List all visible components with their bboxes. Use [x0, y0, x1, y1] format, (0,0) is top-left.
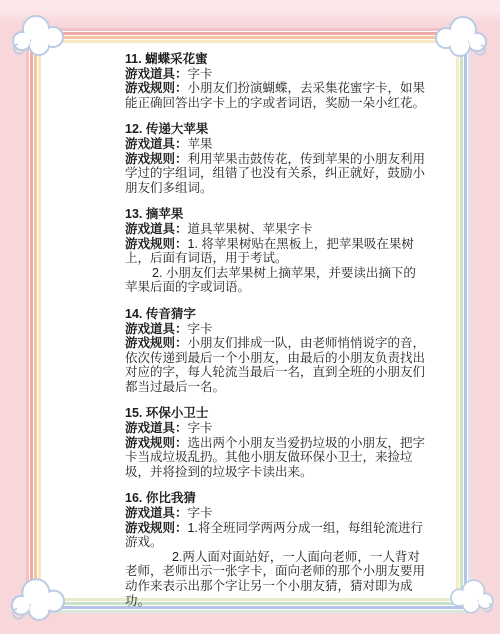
rules-label: 游戏规则：	[125, 336, 188, 350]
props-label: 游戏道具：	[125, 222, 188, 236]
game-props: 游戏道具：字卡	[125, 322, 426, 337]
cloud-icon	[446, 575, 496, 617]
game-props: 游戏道具：苹果	[125, 137, 426, 152]
game-section-14: 14. 传音猜字 游戏道具：字卡 游戏规则：小朋友们排成一队，由老师悄悄说字的音…	[125, 307, 426, 395]
props-label: 游戏道具：	[125, 506, 188, 520]
rainbow-border-left	[26, 28, 41, 598]
game-section-11: 11. 蝴蝶采花蜜 游戏道具：字卡 游戏规则：小朋友们扮演蝴蝶，去采集花蜜字卡，…	[125, 52, 426, 110]
game-rules-step-2: 2. 小朋友们去苹果树上摘苹果，并要读出摘下的苹果后面的字或词语。	[125, 266, 426, 295]
props-value: 字卡	[188, 67, 213, 81]
game-rules-step-2: 2.两人面对面站好，一人面向老师，一人背对老师，老师出示一张字卡，面向老师的那个…	[125, 550, 426, 608]
props-value: 字卡	[188, 421, 213, 435]
game-title: 14. 传音猜字	[125, 307, 426, 322]
game-title: 13. 摘苹果	[125, 207, 426, 222]
game-rules: 游戏规则：1. 将苹果树贴在黑板上，把苹果吸在果树上，后面有词语，用于考试。	[125, 237, 426, 266]
props-value: 道具苹果树、苹果字卡	[188, 222, 313, 236]
game-rules: 游戏规则：小朋友们排成一队，由老师悄悄说字的音，依次传递到最后一个小朋友，由最后…	[125, 336, 426, 394]
rules-label: 游戏规则：	[125, 521, 188, 535]
game-section-13: 13. 摘苹果 游戏道具：道具苹果树、苹果字卡 游戏规则：1. 将苹果树贴在黑板…	[125, 207, 426, 295]
content-panel: 11. 蝴蝶采花蜜 游戏道具：字卡 游戏规则：小朋友们扮演蝴蝶，去采集花蜜字卡，…	[41, 43, 456, 598]
game-title: 15. 环保小卫士	[125, 406, 426, 421]
game-rules: 游戏规则：利用苹果击鼓传花，传到苹果的小朋友利用学过的字组词，组错了也没有关系，…	[125, 152, 426, 196]
rules-label: 游戏规则：	[125, 81, 188, 95]
game-rules: 游戏规则：选出两个小朋友当爱扔垃圾的小朋友，把字卡当成垃圾乱扔。其他小朋友做环保…	[125, 436, 426, 480]
game-props: 游戏道具：字卡	[125, 421, 426, 436]
game-section-16: 16. 你比我猜 游戏道具：字卡 游戏规则：1.将全班同学两两分成一组，每组轮流…	[125, 491, 426, 608]
props-value: 字卡	[188, 322, 213, 336]
game-title: 12. 传递大苹果	[125, 122, 426, 137]
props-label: 游戏道具：	[125, 421, 188, 435]
cloud-icon	[9, 12, 69, 58]
game-rules: 游戏规则：小朋友们扮演蝴蝶，去采集花蜜字卡，如果能正确回答出字卡上的字或者词语，…	[125, 81, 426, 110]
rules-label: 游戏规则：	[125, 237, 188, 251]
game-title: 16. 你比我猜	[125, 491, 426, 506]
game-props: 游戏道具：字卡	[125, 67, 426, 82]
props-label: 游戏道具：	[125, 137, 188, 151]
cloud-icon	[430, 13, 490, 59]
rules-label: 游戏规则：	[125, 152, 188, 166]
props-label: 游戏道具：	[125, 67, 188, 81]
rules-label: 游戏规则：	[125, 436, 188, 450]
cloud-icon	[7, 575, 71, 623]
game-rules: 游戏规则：1.将全班同学两两分成一组，每组轮流进行游戏。	[125, 521, 426, 550]
rainbow-border-right	[456, 30, 471, 598]
rainbow-border-top	[26, 28, 471, 43]
game-title: 11. 蝴蝶采花蜜	[125, 52, 426, 67]
game-props: 游戏道具：字卡	[125, 506, 426, 521]
props-label: 游戏道具：	[125, 322, 188, 336]
props-value: 苹果	[188, 137, 213, 151]
page-background: { "labels": { "props": "游戏道具：", "rules":…	[0, 0, 500, 634]
props-value: 字卡	[188, 506, 213, 520]
game-props: 游戏道具：道具苹果树、苹果字卡	[125, 222, 426, 237]
game-section-15: 15. 环保小卫士 游戏道具：字卡 游戏规则：选出两个小朋友当爱扔垃圾的小朋友，…	[125, 406, 426, 479]
game-section-12: 12. 传递大苹果 游戏道具：苹果 游戏规则：利用苹果击鼓传花，传到苹果的小朋友…	[125, 122, 426, 195]
